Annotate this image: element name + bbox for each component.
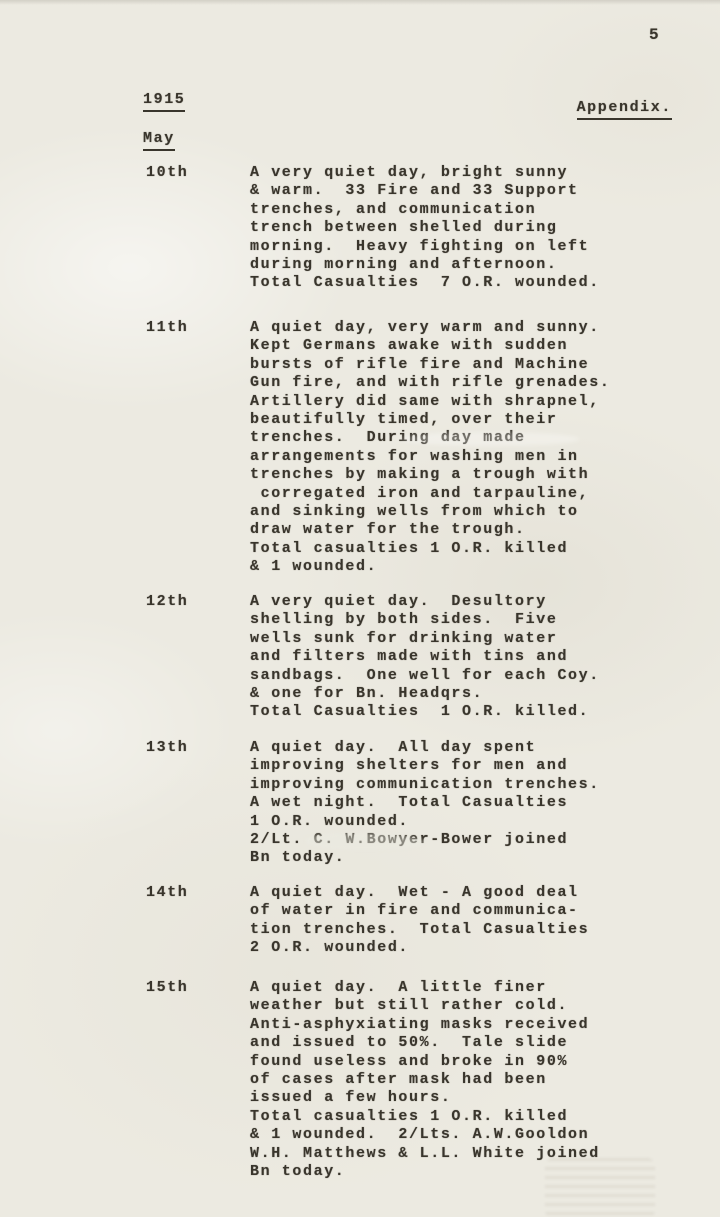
diary-entry: 12th A very quiet day. Desultory shellin… [146,593,600,722]
entry-day-label: 10th [146,164,250,182]
page-number: 5 [649,26,660,44]
diary-entry: 10th A very quiet day, bright sunny & wa… [146,164,600,293]
entry-body-text: A very quiet day. Desultory shelling by … [250,593,600,722]
diary-entry: 14th A quiet day. Wet - A good deal of w… [146,884,589,958]
year-heading: 1915 [143,91,185,112]
entry-body-text: A quiet day. Wet - A good deal of water … [250,884,589,958]
entry-day-label: 12th [146,593,250,611]
entry-day-label: 11th [146,319,250,337]
entry-body-text: A quiet day, very warm and sunny. Kept G… [250,319,610,577]
scanned-war-diary-page: { "document": { "page_number": "5", "yea… [0,0,720,1217]
diary-entry: 11th A quiet day, very warm and sunny. K… [146,319,610,577]
entry-day-label: 13th [146,739,250,757]
entry-day-label: 14th [146,884,250,902]
diary-entry: 15th A quiet day. A little finer weather… [146,979,600,1181]
paper-sheet: 5 1915 Appendix. May 10th A very quiet d… [0,0,720,1217]
diary-entry: 13th A quiet day. All day spent improvin… [146,739,600,868]
entry-body-text: A very quiet day, bright sunny & warm. 3… [250,164,600,293]
entry-body-text: A quiet day. All day spent improving she… [250,739,600,868]
appendix-heading: Appendix. [577,99,672,120]
entry-day-label: 15th [146,979,250,997]
month-heading: May [143,130,175,151]
entry-body-text: A quiet day. A little finer weather but … [250,979,600,1181]
